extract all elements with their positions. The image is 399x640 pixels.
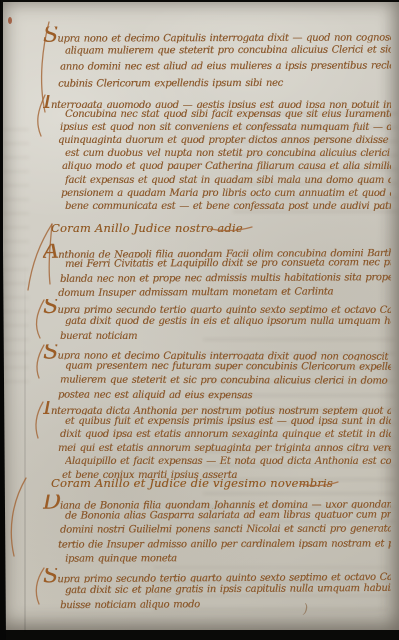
manuscript-line: quinquaginta duorum et quod propter dict… (58, 134, 391, 147)
manuscript-line: pensionem a quadam Maria pro libris octo… (61, 187, 391, 200)
manuscript-line: domini nostri Guilielmi ponens sancti Ni… (60, 523, 391, 539)
manuscript-line: gata dixit sic et plane gratis in ipsis … (65, 581, 391, 598)
manuscript-line: dixit quod ipsa est etatis annorum sexag… (60, 428, 391, 442)
manuscript-line: Supra primo secundo tertio quarto quinto… (43, 299, 391, 314)
manuscript-line: tertio die Insuper admisso anillo per ca… (58, 537, 391, 553)
session-heading-1: Coram Anillo Judice nostro adie (51, 221, 243, 235)
manuscript-line: et quibus fuit et expensis primis ipsius… (65, 415, 391, 429)
paragraph-7: Diana de Bononia filia quondam Johannis … (43, 493, 391, 567)
manuscript-photo: Supra nono et decimo Capitulis interroga… (0, 0, 399, 640)
stray-pen-mark: ) (303, 602, 308, 617)
manuscript-line: cubinis Clericorum expellendis ipsum sib… (58, 75, 391, 93)
manuscript-line: blanda nec non et prope nec admissis mul… (60, 271, 391, 287)
paragraph-1: Supra nono et decimo Capitulis interroga… (43, 25, 391, 92)
manuscript-line: Concubina nec stat quod sibi facit expen… (65, 108, 391, 121)
ink-spot (8, 17, 12, 24)
manuscript-line: buerat noticiam (60, 329, 391, 344)
manuscript-line: Alaquipillo et facit expensas — Et nota … (65, 455, 391, 469)
manuscript-line: Interrogata dicta Anthonia per nostrum p… (43, 401, 391, 415)
manuscript-line: anno domini nec est aliud ad eius mulier… (60, 58, 391, 76)
paragraph-4: Supra primo secundo tertio quarto quinto… (43, 299, 391, 344)
manuscript-line: quam presentem nec futuram super concubi… (65, 359, 391, 375)
manuscript-line: ipsius est quod non sit conveniens et co… (60, 121, 391, 134)
manuscript-line: gata dixit quod de gestis in eis et aliq… (65, 314, 391, 329)
manuscript-line: Supra nono et decimo Capitulis interroga… (43, 25, 391, 43)
manuscript-line: bene communicata est — et bene confessat… (65, 200, 391, 213)
manuscript-line: Interrogata quomodo quod — gestis ipsius… (43, 95, 391, 108)
paragraph-2: Interrogata quomodo quod — gestis ipsius… (43, 95, 391, 213)
manuscript-line: Diana de Bononia filia quondam Johannis … (43, 493, 391, 509)
paragraph-5: Supra nono et decimo Capitulis interroga… (43, 344, 391, 404)
paragraph-6: Interrogata dicta Anthonia per nostrum p… (43, 401, 391, 483)
manuscript-line: buisse noticiam aliquo modo (60, 596, 391, 613)
manuscript-line: mulierem que steterit et sic pro concubi… (60, 374, 391, 390)
paragraph-8: Supra primo secundo tertio quarto quinto… (43, 566, 391, 613)
fold-crease (24, 262, 26, 632)
session-heading-2: Coram Anillo et Judice die vigesimo nove… (51, 476, 333, 490)
manuscript-text: Supra nono et decimo Capitulis interroga… (43, 2, 391, 630)
manuscript-line: est cum duobus vel nupta non stetit pro … (65, 147, 391, 160)
paper-page: Supra nono et decimo Capitulis interroga… (3, 2, 399, 630)
manuscript-line: facit expensas et quod stat in quadam si… (65, 174, 391, 187)
manuscript-line: Supra nono et decimo Capitulis interroga… (43, 344, 391, 360)
paragraph-3: Anthonia de Neapoli filia quondam Facii … (43, 242, 391, 301)
manuscript-line: aliquam mulierem que steterit pro concub… (65, 42, 391, 60)
manuscript-line: mei qui est etatis annorum septuaginta p… (58, 442, 391, 456)
manuscript-line: mei Ferri Civitatis et Laquipillo dixit … (65, 256, 391, 272)
manuscript-line: de Bononia alias Gasparra salariata ad e… (65, 508, 391, 524)
manuscript-line: aliquo modo et quod pauper Catherina fil… (62, 160, 391, 173)
